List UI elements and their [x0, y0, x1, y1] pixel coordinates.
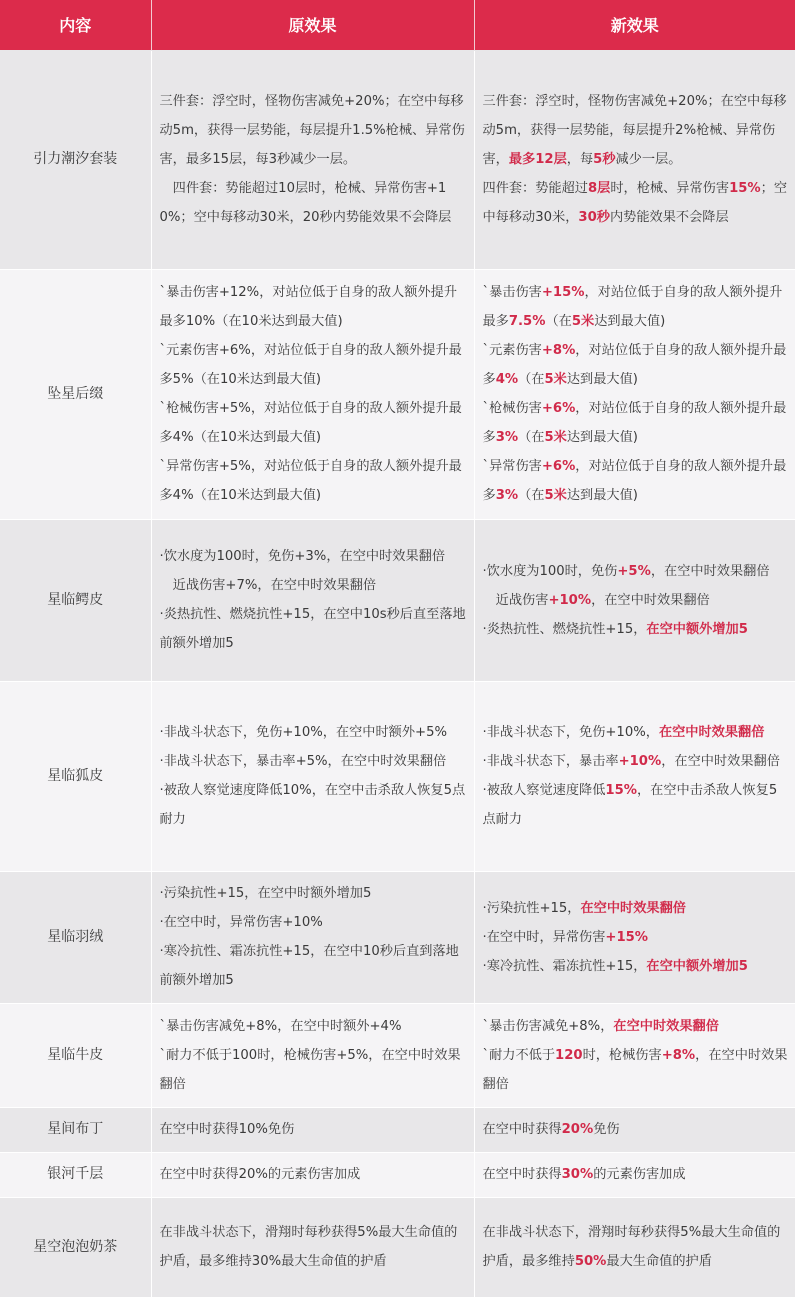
effect-text: `异常伤害+5%，对站位低于自身的敌人额外提升最多4%（在10米达到最大值) [160, 459, 462, 503]
highlight-change: 50% [575, 1254, 607, 1269]
item-name: 坠星后缀 [0, 269, 151, 519]
old-effect-line: `暴击伤害减免+8%，在空中时额外+4% [160, 1012, 468, 1041]
old-effect-cell: 在空中时获得20%的元素伤害加成 [151, 1152, 474, 1197]
highlight-change: 15% [605, 783, 637, 798]
header-old-effect: 原效果 [151, 0, 474, 50]
highlight-change: +6% [542, 459, 575, 474]
effect-text: `暴击伤害减免+8%， [483, 1019, 614, 1034]
new-effect-line: ·污染抗性+15，在空中时效果翻倍 [483, 894, 790, 923]
item-name: 星临鳄皮 [0, 519, 151, 681]
effect-text: 达到最大值) [567, 430, 638, 445]
new-effect-cell: ·非战斗状态下，免伤+10%，在空中时效果翻倍·非战斗状态下，暴击率+10%，在… [474, 681, 795, 871]
effect-text: ·非战斗状态下，免伤+10%，在空中时额外+5% [160, 725, 448, 740]
effect-text: 在空中时获得20%的元素伤害加成 [160, 1167, 361, 1182]
effect-text: ·在空中时，异常伤害+10% [160, 915, 323, 930]
effect-text: ·饮水度为100时，免伤 [483, 564, 618, 579]
effect-text: `元素伤害 [483, 343, 542, 358]
new-effect-line: 在空中时获得20%免伤 [483, 1115, 790, 1144]
item-name: 星间布丁 [0, 1107, 151, 1152]
highlight-change: 3% [496, 430, 518, 445]
effect-text: ·被敌人察觉速度降低10%，在空中击杀敌人恢复5点耐力 [160, 783, 466, 827]
highlight-change: 20% [562, 1122, 594, 1137]
highlight-change: 120 [555, 1048, 583, 1063]
effect-text: `暴击伤害减免+8%，在空中时额外+4% [160, 1019, 402, 1034]
effect-text: 在空中时获得 [483, 1167, 562, 1182]
effect-text: `异常伤害 [483, 459, 542, 474]
highlight-change: +6% [542, 401, 575, 416]
effect-text: ·饮水度为100时，免伤+3%，在空中时效果翻倍 [160, 549, 446, 564]
old-effect-line: 在空中时获得10%免伤 [160, 1115, 468, 1144]
highlight-change: 5米 [544, 372, 566, 387]
new-effect-line: `异常伤害+6%，对站位低于自身的敌人额外提升最多3%（在5米达到最大值) [483, 452, 790, 510]
highlight-change: 在空中额外增加5 [646, 622, 748, 637]
old-effect-line: `枪械伤害+5%，对站位低于自身的敌人额外提升最多4%（在10米达到最大值) [160, 394, 468, 452]
table-row: 星临鳄皮 ·饮水度为100时，免伤+3%，在空中时效果翻倍 近战伤害+7%，在空… [0, 519, 795, 681]
header-row: 内容 原效果 新效果 [0, 0, 795, 50]
effect-text: ·污染抗性+15，在空中时额外增加5 [160, 886, 372, 901]
effect-text: 四件套：势能超过 [483, 181, 589, 196]
table-row: 星间布丁 在空中时获得10%免伤 在空中时获得20%免伤 [0, 1107, 795, 1152]
effect-text: ·寒冷抗性、霜冻抗性+15，在空中10秒后直到落地前额外增加5 [160, 944, 459, 988]
effect-text: （在 [518, 430, 544, 445]
item-name: 星临狐皮 [0, 681, 151, 871]
effect-text: ，在空中时效果翻倍 [591, 593, 710, 608]
effect-text: `暴击伤害 [483, 285, 542, 300]
table-row: 引力潮汐套装 三件套：浮空时，怪物伤害减免+20%；在空中每移动5m，获得一层势… [0, 50, 795, 269]
highlight-change: +5% [617, 564, 650, 579]
item-name: 星临牛皮 [0, 1003, 151, 1107]
table-header: 内容 原效果 新效果 [0, 0, 795, 50]
old-effect-line: 在空中时获得20%的元素伤害加成 [160, 1160, 468, 1189]
new-effect-cell: 在空中时获得20%免伤 [474, 1107, 795, 1152]
effect-text: 近战伤害+7%，在空中时效果翻倍 [160, 578, 377, 593]
item-name: 星空泡泡奶茶 [0, 1197, 151, 1297]
old-effect-line: 四件套：势能超过10层时，枪械、异常伤害+10%；空中每移动30米，20秒内势能… [160, 174, 468, 232]
effect-text: `耐力不低于 [483, 1048, 556, 1063]
old-effect-line: 近战伤害+7%，在空中时效果翻倍 [160, 571, 468, 600]
effect-text: 达到最大值) [567, 372, 638, 387]
item-name-label: 银河千层 [47, 1166, 103, 1182]
effect-text: 免伤 [593, 1122, 619, 1137]
table-body: 引力潮汐套装 三件套：浮空时，怪物伤害减免+20%；在空中每移动5m，获得一层势… [0, 50, 795, 1297]
old-effect-cell: `暴击伤害+12%，对站位低于自身的敌人额外提升最多10%（在10米达到最大值)… [151, 269, 474, 519]
old-effect-line: `耐力不低于100时，枪械伤害+5%，在空中时效果翻倍 [160, 1041, 468, 1099]
highlight-change: +15% [542, 285, 585, 300]
new-effect-line: ·在空中时，异常伤害+15% [483, 923, 790, 952]
effect-text: 达到最大值) [567, 488, 638, 503]
effect-text: 最大生命值的护盾 [606, 1254, 712, 1269]
new-effect-line: ·炎热抗性、燃烧抗性+15，在空中额外增加5 [483, 615, 790, 644]
highlight-change: 5秒 [593, 152, 615, 167]
highlight-change: 在空中时效果翻倍 [659, 725, 765, 740]
old-effect-cell: ·非战斗状态下，免伤+10%，在空中时额外+5%·非战斗状态下，暴击率+5%，在… [151, 681, 474, 871]
new-effect-line: ·寒冷抗性、霜冻抗性+15，在空中额外增加5 [483, 952, 790, 981]
highlight-change: 30秒 [578, 210, 610, 225]
effect-text: ·炎热抗性、燃烧抗性+15，在空中10s秒后直至落地前额外增加5 [160, 607, 466, 651]
highlight-change: +10% [619, 754, 662, 769]
item-name-label: 星临羽绒 [47, 929, 103, 945]
effect-text: `暴击伤害+12%，对站位低于自身的敌人额外提升最多10%（在10米达到最大值) [160, 285, 458, 329]
old-effect-line: `元素伤害+6%，对站位低于自身的敌人额外提升最多5%（在10米达到最大值) [160, 336, 468, 394]
new-effect-cell: `暴击伤害+15%，对站位低于自身的敌人额外提升最多7.5%（在5米达到最大值)… [474, 269, 795, 519]
old-effect-cell: 在非战斗状态下，滑翔时每秒获得5%最大生命值的护盾，最多维持30%最大生命值的护… [151, 1197, 474, 1297]
highlight-change: 5米 [544, 488, 566, 503]
effect-text: ·在空中时，异常伤害 [483, 930, 606, 945]
effect-text: `耐力不低于100时，枪械伤害+5%，在空中时效果翻倍 [160, 1048, 461, 1092]
effect-text: 时，枪械、异常伤害 [610, 181, 729, 196]
effect-text: （在 [545, 314, 571, 329]
effect-text: 时，枪械伤害 [583, 1048, 662, 1063]
item-name-label: 星空泡泡奶茶 [33, 1239, 117, 1255]
item-name-label: 星临牛皮 [47, 1047, 103, 1063]
table-row: 星空泡泡奶茶 在非战斗状态下，滑翔时每秒获得5%最大生命值的护盾，最多维持30%… [0, 1197, 795, 1297]
item-name-label: 星临鳄皮 [47, 592, 103, 608]
old-effect-cell: 在空中时获得10%免伤 [151, 1107, 474, 1152]
old-effect-line: `异常伤害+5%，对站位低于自身的敌人额外提升最多4%（在10米达到最大值) [160, 452, 468, 510]
highlight-change: 5米 [544, 430, 566, 445]
new-effect-line: ·饮水度为100时，免伤+5%，在空中时效果翻倍 [483, 557, 790, 586]
table-row: 坠星后缀 `暴击伤害+12%，对站位低于自身的敌人额外提升最多10%（在10米达… [0, 269, 795, 519]
effect-text: （在 [518, 372, 544, 387]
effect-text: ·非战斗状态下，免伤+10%， [483, 725, 659, 740]
old-effect-line: 三件套：浮空时，怪物伤害减免+20%；在空中每移动5m，获得一层势能，每层提升1… [160, 87, 468, 174]
effect-text: 内势能效果不会降层 [610, 210, 729, 225]
new-effect-line: `枪械伤害+6%，对站位低于自身的敌人额外提升最多3%（在5米达到最大值) [483, 394, 790, 452]
effect-text: （在 [518, 488, 544, 503]
new-effect-cell: `暴击伤害减免+8%，在空中时效果翻倍`耐力不低于120时，枪械伤害+8%，在空… [474, 1003, 795, 1107]
new-effect-line: 在空中时获得30%的元素伤害加成 [483, 1160, 790, 1189]
highlight-change: 在空中时效果翻倍 [613, 1019, 719, 1034]
effect-text: ·寒冷抗性、霜冻抗性+15， [483, 959, 647, 974]
highlight-change: 在空中额外增加5 [646, 959, 748, 974]
item-name-label: 引力潮汐套装 [33, 151, 117, 167]
highlight-change: +10% [548, 593, 591, 608]
effect-text: 达到最大值) [594, 314, 665, 329]
highlight-change: +8% [662, 1048, 695, 1063]
effect-text: 减少一层。 [616, 152, 682, 167]
effect-text: 在空中时获得 [483, 1122, 562, 1137]
comparison-table: 内容 原效果 新效果 引力潮汐套装 三件套：浮空时，怪物伤害减免+20%；在空中… [0, 0, 795, 1297]
highlight-change: 4% [496, 372, 518, 387]
highlight-change: 在空中时效果翻倍 [580, 901, 686, 916]
new-effect-line: 三件套：浮空时，怪物伤害减免+20%；在空中每移动5m，获得一层势能，每层提升2… [483, 87, 790, 174]
old-effect-cell: ·饮水度为100时，免伤+3%，在空中时效果翻倍 近战伤害+7%，在空中时效果翻… [151, 519, 474, 681]
header-new-effect: 新效果 [474, 0, 795, 50]
new-effect-line: 近战伤害+10%，在空中时效果翻倍 [483, 586, 790, 615]
highlight-change: +15% [605, 930, 648, 945]
new-effect-cell: ·饮水度为100时，免伤+5%，在空中时效果翻倍 近战伤害+10%，在空中时效果… [474, 519, 795, 681]
new-effect-line: 在非战斗状态下，滑翔时每秒获得5%最大生命值的护盾，最多维持50%最大生命值的护… [483, 1218, 790, 1276]
effect-text: 四件套：势能超过10层时，枪械、异常伤害+10%；空中每移动30米，20秒内势能… [160, 181, 452, 225]
old-effect-line: `暴击伤害+12%，对站位低于自身的敌人额外提升最多10%（在10米达到最大值) [160, 278, 468, 336]
old-effect-line: ·污染抗性+15，在空中时额外增加5 [160, 879, 468, 908]
old-effect-line: ·被敌人察觉速度降低10%，在空中击杀敌人恢复5点耐力 [160, 776, 468, 834]
effect-text: ·污染抗性+15， [483, 901, 581, 916]
new-effect-line: `暴击伤害减免+8%，在空中时效果翻倍 [483, 1012, 790, 1041]
item-name-label: 星间布丁 [47, 1121, 103, 1137]
old-effect-cell: ·污染抗性+15，在空中时额外增加5·在空中时，异常伤害+10%·寒冷抗性、霜冻… [151, 871, 474, 1003]
old-effect-line: ·寒冷抗性、霜冻抗性+15，在空中10秒后直到落地前额外增加5 [160, 937, 468, 995]
effect-text: 的元素伤害加成 [593, 1167, 685, 1182]
new-effect-line: ·非战斗状态下，暴击率+10%，在空中时效果翻倍 [483, 747, 790, 776]
table-row: 星临牛皮 `暴击伤害减免+8%，在空中时额外+4%`耐力不低于100时，枪械伤害… [0, 1003, 795, 1107]
new-effect-cell: 在空中时获得30%的元素伤害加成 [474, 1152, 795, 1197]
old-effect-line: ·炎热抗性、燃烧抗性+15，在空中10s秒后直至落地前额外增加5 [160, 600, 468, 658]
effect-text: ·非战斗状态下，暴击率 [483, 754, 619, 769]
highlight-change: +8% [542, 343, 575, 358]
new-effect-cell: 在非战斗状态下，滑翔时每秒获得5%最大生命值的护盾，最多维持50%最大生命值的护… [474, 1197, 795, 1297]
header-content: 内容 [0, 0, 151, 50]
highlight-change: 30% [562, 1167, 594, 1182]
effect-text: ，在空中时效果翻倍 [651, 564, 770, 579]
effect-text: ，在空中时效果翻倍 [661, 754, 780, 769]
highlight-change: 15% [729, 181, 761, 196]
new-effect-cell: ·污染抗性+15，在空中时效果翻倍·在空中时，异常伤害+15%·寒冷抗性、霜冻抗… [474, 871, 795, 1003]
table-row: 星临羽绒 ·污染抗性+15，在空中时额外增加5·在空中时，异常伤害+10%·寒冷… [0, 871, 795, 1003]
old-effect-line: ·在空中时，异常伤害+10% [160, 908, 468, 937]
highlight-change: 8层 [588, 181, 610, 196]
old-effect-line: ·非战斗状态下，暴击率+5%，在空中时效果翻倍 [160, 747, 468, 776]
old-effect-cell: `暴击伤害减免+8%，在空中时额外+4%`耐力不低于100时，枪械伤害+5%，在… [151, 1003, 474, 1107]
item-name: 星临羽绒 [0, 871, 151, 1003]
highlight-change: 5米 [572, 314, 594, 329]
new-effect-cell: 三件套：浮空时，怪物伤害减免+20%；在空中每移动5m，获得一层势能，每层提升2… [474, 50, 795, 269]
highlight-change: 3% [496, 488, 518, 503]
effect-text: ，每 [567, 152, 593, 167]
new-effect-line: ·被敌人察觉速度降低15%，在空中击杀敌人恢复5点耐力 [483, 776, 790, 834]
effect-text: 三件套：浮空时，怪物伤害减免+20%；在空中每移动5m，获得一层势能，每层提升1… [160, 94, 465, 167]
effect-text: ·被敌人察觉速度降低 [483, 783, 606, 798]
old-effect-cell: 三件套：浮空时，怪物伤害减免+20%；在空中每移动5m，获得一层势能，每层提升1… [151, 50, 474, 269]
highlight-change: 7.5% [509, 314, 546, 329]
new-effect-line: ·非战斗状态下，免伤+10%，在空中时效果翻倍 [483, 718, 790, 747]
item-name-label: 星临狐皮 [47, 768, 103, 784]
effect-text: ·炎热抗性、燃烧抗性+15， [483, 622, 647, 637]
effect-text: 在非战斗状态下，滑翔时每秒获得5%最大生命值的护盾，最多维持30%最大生命值的护… [160, 1225, 458, 1269]
effect-text: `枪械伤害+5%，对站位低于自身的敌人额外提升最多4%（在10米达到最大值) [160, 401, 462, 445]
highlight-change: 最多12层 [509, 152, 567, 167]
item-name: 引力潮汐套装 [0, 50, 151, 269]
old-effect-line: ·饮水度为100时，免伤+3%，在空中时效果翻倍 [160, 542, 468, 571]
new-effect-line: `元素伤害+8%，对站位低于自身的敌人额外提升最多4%（在5米达到最大值) [483, 336, 790, 394]
effect-text: ·非战斗状态下，暴击率+5%，在空中时效果翻倍 [160, 754, 447, 769]
new-effect-line: `暴击伤害+15%，对站位低于自身的敌人额外提升最多7.5%（在5米达到最大值) [483, 278, 790, 336]
old-effect-line: ·非战斗状态下，免伤+10%，在空中时额外+5% [160, 718, 468, 747]
old-effect-line: 在非战斗状态下，滑翔时每秒获得5%最大生命值的护盾，最多维持30%最大生命值的护… [160, 1218, 468, 1276]
new-effect-line: 四件套：势能超过8层时，枪械、异常伤害15%；空中每移动30米，30秒内势能效果… [483, 174, 790, 232]
effect-text: `元素伤害+6%，对站位低于自身的敌人额外提升最多5%（在10米达到最大值) [160, 343, 462, 387]
item-name-label: 坠星后缀 [47, 386, 103, 402]
effect-text: 近战伤害 [483, 593, 549, 608]
new-effect-line: `耐力不低于120时，枪械伤害+8%，在空中时效果翻倍 [483, 1041, 790, 1099]
effect-text: 在空中时获得10%免伤 [160, 1122, 295, 1137]
table-row: 银河千层 在空中时获得20%的元素伤害加成 在空中时获得30%的元素伤害加成 [0, 1152, 795, 1197]
item-name: 银河千层 [0, 1152, 151, 1197]
effect-text: `枪械伤害 [483, 401, 542, 416]
table-row: 星临狐皮 ·非战斗状态下，免伤+10%，在空中时额外+5%·非战斗状态下，暴击率… [0, 681, 795, 871]
